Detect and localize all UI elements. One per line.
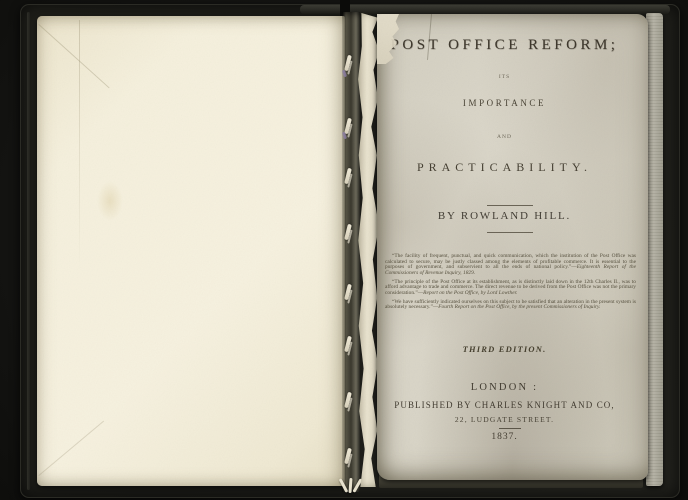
imprint-rule	[499, 428, 521, 429]
page-crease	[79, 20, 80, 270]
title-practicability: PRACTICABILITY.	[379, 160, 630, 175]
stitch-thread	[344, 224, 352, 240]
byline-rule-bottom	[487, 232, 533, 233]
edition-notice: THIRD EDITION.	[379, 344, 630, 354]
page-crease	[38, 421, 104, 476]
stitch-thread	[344, 336, 352, 352]
author-byline: BY ROWLAND HILL.	[379, 210, 630, 222]
paper-stain	[97, 181, 123, 221]
spine-gutter	[342, 12, 360, 492]
left-blank-page	[37, 16, 345, 486]
epigraph-quote-2: “The principle of the Post Office at its…	[385, 280, 636, 297]
stitch-thread	[344, 168, 352, 184]
title-page: POST OFFICE REFORM; ITS IMPORTANCE AND P…	[377, 14, 648, 480]
imprint-publisher: PUBLISHED BY CHARLES KNIGHT AND CO,	[379, 400, 630, 410]
epigraph-quote-1: “The facility of frequent, punctual, and…	[385, 254, 636, 276]
stitch-thread	[344, 284, 352, 300]
epigraph-block: “The facility of frequent, punctual, and…	[385, 254, 636, 314]
title-importance: IMPORTANCE	[379, 98, 630, 108]
byline-rule-top	[487, 205, 533, 206]
page-crease	[38, 24, 109, 88]
fore-edge	[646, 13, 663, 486]
cover-left-edge	[27, 12, 30, 490]
quote-source: Fourth Report on the Post Office, by the…	[438, 304, 600, 310]
epigraph-quote-3: “We have sufficiently indicated ourselve…	[385, 300, 636, 311]
imprint-city: LONDON :	[379, 382, 630, 393]
title-its: ITS	[379, 74, 630, 80]
stitch-thread	[344, 392, 352, 408]
title-and: AND	[379, 134, 630, 140]
stitch-thread	[344, 118, 352, 134]
stitch-thread	[344, 55, 352, 71]
imprint-address: 22, LUDGATE STREET.	[379, 415, 630, 424]
imprint-year: 1837.	[379, 432, 630, 442]
book-title: POST OFFICE REFORM;	[379, 37, 630, 54]
book-photo: POST OFFICE REFORM; ITS IMPORTANCE AND P…	[0, 0, 688, 500]
stitch-thread	[344, 448, 352, 464]
quote-source: Report on the Post Office, by Lord Lowth…	[423, 290, 517, 296]
